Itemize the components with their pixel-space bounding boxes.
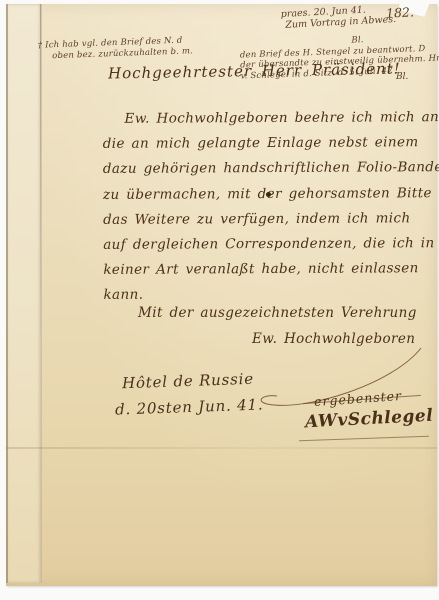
folio-number: 182. (386, 4, 415, 20)
salutation-suffix-note: Bl. (396, 72, 408, 82)
body-line: keiner Art veranlaßt habe, nicht einlass… (103, 256, 439, 283)
closing-formula: Mit der ausgezeichnetsten Verehrung (138, 305, 417, 321)
manuscript-scan: praes. 20. Jun 41. Zum Vortrag in Abwes.… (0, 0, 439, 600)
body-line: die an mich gelangte Einlage nebst einem (103, 130, 439, 157)
horizontal-crease (6, 447, 437, 449)
body-line: das Weitere zu verfügen, indem ich mich (103, 206, 439, 233)
letter-body: Ew. Hochwohlgeboren beehre ich mich anbe… (102, 105, 439, 308)
binding-edge-strip (6, 4, 42, 583)
body-line: auf dergleichen Correspondenzen, die ich… (103, 231, 439, 258)
body-line: dazu gehörigen handschriftlichen Folio-B… (103, 155, 439, 182)
ink-blot (266, 192, 271, 197)
body-line: Ew. Hochwohlgeboren beehre ich mich anbe… (102, 105, 438, 132)
